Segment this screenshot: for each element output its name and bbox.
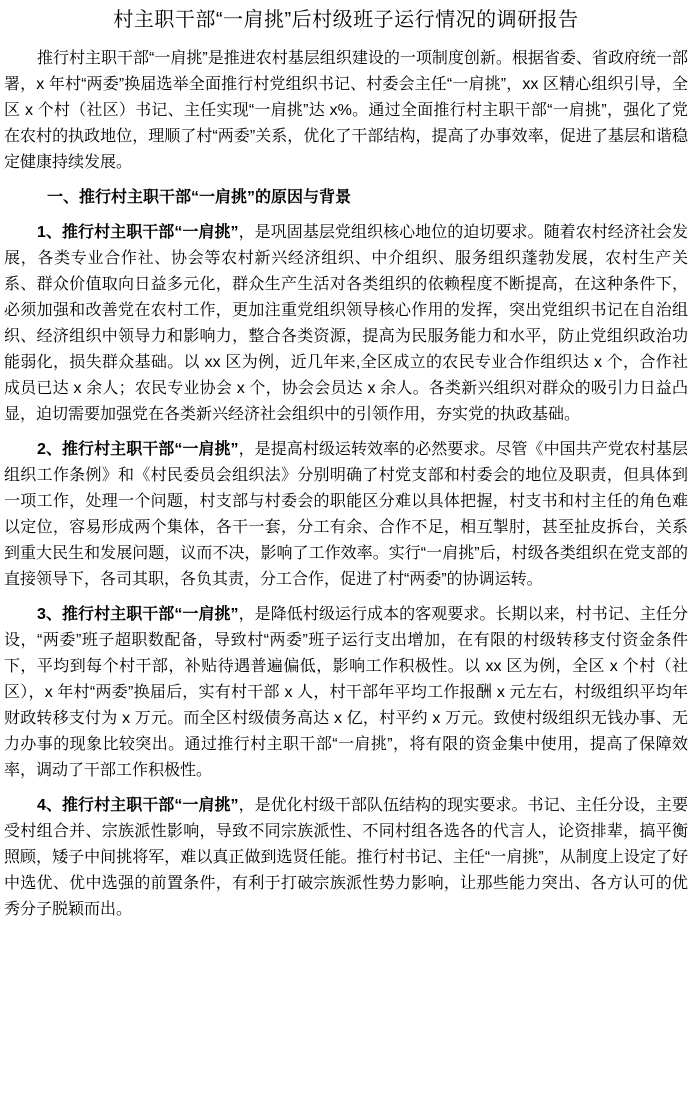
paragraph-4-lead: 4、推行村主职干部“一肩挑” [37, 797, 239, 814]
numbered-paragraph-2: 2、推行村主职干部“一肩挑”，是提高村级运转效率的必然要求。尽管《中国共产党农村… [4, 437, 688, 593]
numbered-paragraph-1: 1、推行村主职干部“一肩挑”，是巩固基层党组织核心地位的迫切要求。随着农村经济社… [4, 220, 688, 428]
section-1-heading: 一、推行村主职干部“一肩挑”的原因与背景 [4, 185, 688, 211]
paragraph-3-lead: 3、推行村主职干部“一肩挑” [37, 606, 239, 623]
paragraph-1-lead: 1、推行村主职干部“一肩挑” [37, 224, 239, 241]
document-title: 村主职干部“一肩挑”后村级班子运行情况的调研报告 [4, 7, 688, 34]
paragraph-3-text: ，是降低村级运行成本的客观要求。长期以来，村书记、主任分设，“两委”班子超职数配… [4, 606, 688, 779]
intro-paragraph: 推行村主职干部“一肩挑”是推进农村基层组织建设的一项制度创新。根据省委、省政府统… [4, 46, 688, 176]
numbered-paragraph-4: 4、推行村主职干部“一肩挑”，是优化村级干部队伍结构的现实要求。书记、主任分设，… [4, 793, 688, 923]
numbered-paragraph-3: 3、推行村主职干部“一肩挑”，是降低村级运行成本的客观要求。长期以来，村书记、主… [4, 602, 688, 784]
document-page: 村主职干部“一肩挑”后村级班子运行情况的调研报告 推行村主职干部“一肩挑”是推进… [0, 0, 693, 1097]
paragraph-4-text: ，是优化村级干部队伍结构的现实要求。书记、主任分设，主要受村组合并、宗族派性影响… [4, 797, 688, 918]
paragraph-1-text: ，是巩固基层党组织核心地位的迫切要求。随着农村经济社会发展，各类专业合作社、协会… [4, 224, 688, 423]
paragraph-2-lead: 2、推行村主职干部“一肩挑” [37, 441, 239, 458]
paragraph-2-text: ，是提高村级运转效率的必然要求。尽管《中国共产党农村基层组织工作条例》和《村民委… [4, 441, 688, 588]
